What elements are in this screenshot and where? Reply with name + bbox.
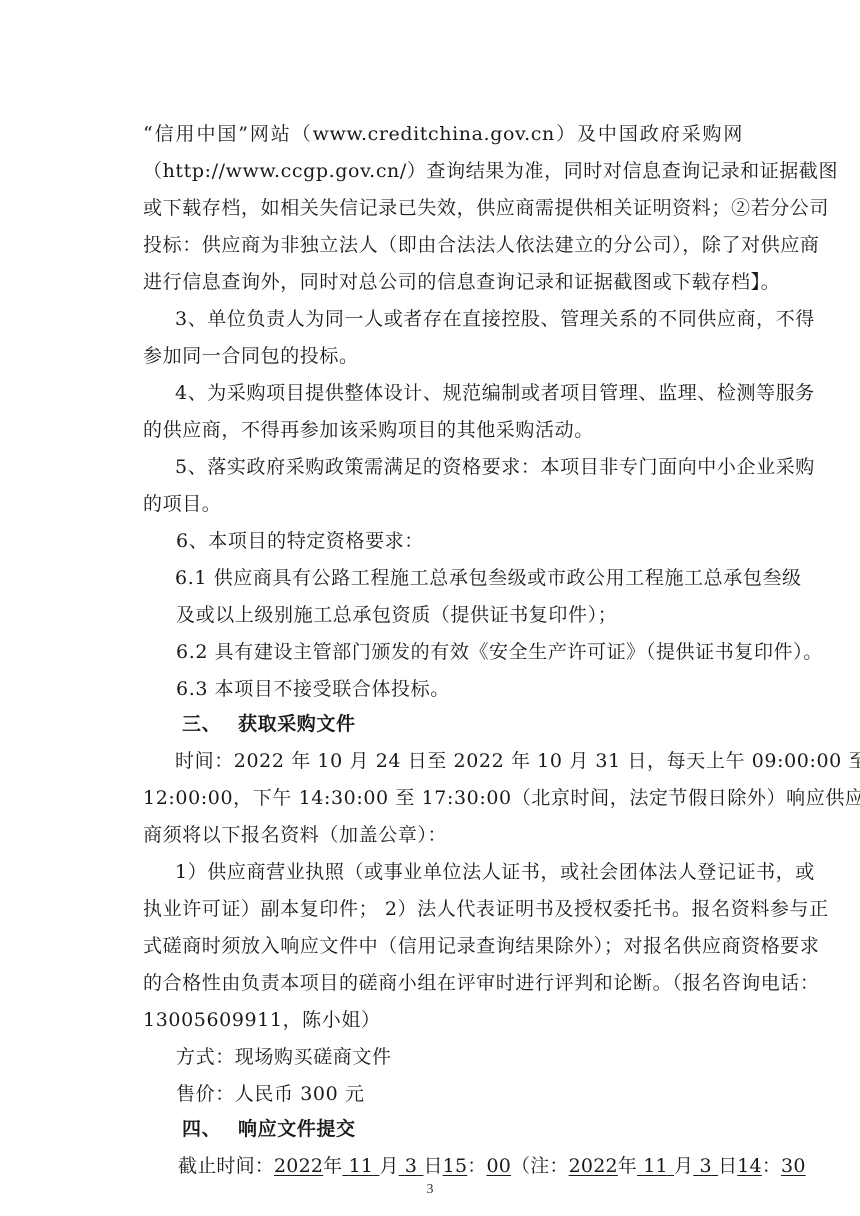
note-hour: 14 [737,1155,762,1177]
page-number: 3 [0,1182,860,1198]
deadline-minute: 00 [486,1155,511,1177]
contact-line: 13005609911，陈小姐） [143,1008,743,1032]
time-separator: ： [762,1155,781,1177]
section-number: 三、 [182,712,238,736]
note-year: 2022 [569,1155,618,1177]
purchase-method: 方式：现场购买磋商文件 [176,1045,776,1069]
note-minute: 30 [781,1155,806,1177]
paragraph-line: 进行信息查询外，同时对总公司的信息查询记录和证据截图或下载存档】。 [143,270,743,294]
paragraph-line: 投标：供应商为非独立法人（即由合法法人依法建立的分公司），除了对供应商 [143,233,743,257]
document-page: “信用中国”网站（www.creditchina.gov.cn）及中国政府采购网… [0,0,860,1216]
paragraph-line: 4、为采购项目提供整体设计、规范编制或者项目管理、监理、检测等服务 [175,381,743,405]
paragraph-line: 商须将以下报名资料（加盖公章）： [143,823,743,847]
paragraph-line: 参加同一合同包的投标。 [143,344,743,368]
unit-month: 月 [379,1155,398,1177]
section-heading-3: 三、获取采购文件 [182,712,782,736]
time-separator: ： [467,1155,486,1177]
paragraph-line: （http://www.ccgp.gov.cn/）查询结果为准，同时对信息查询记… [143,159,743,183]
section-title: 响应文件提交 [238,1118,356,1140]
paragraph-line: 6、本项目的特定资格要求： [176,529,776,553]
deadline-day: 3 [399,1155,424,1177]
paragraph-line: 及或以上级别施工总承包资质（提供证书复印件）； [176,603,776,627]
unit-year: 年 [323,1155,342,1177]
section-number: 四、 [182,1117,238,1141]
paragraph-line: 1）供应商营业执照（或事业单位法人证书，或社会团体法人登记证书，或 [175,860,743,884]
deadline-year: 2022 [274,1155,323,1177]
paragraph-line: 的合格性由负责本项目的磋商小组在评审时进行评判和论断。（报名咨询电话： [143,971,743,995]
paragraph-line: 的项目。 [143,492,743,516]
note-day: 3 [693,1155,718,1177]
section-title: 获取采购文件 [238,713,356,735]
note-month: 11 [637,1155,674,1177]
paragraph-line: 式磋商时须放入响应文件中（信用记录查询结果除外）；对报名供应商资格要求 [143,934,743,958]
paragraph-line: 或下载存档，如相关失信记录已失效，供应商需提供相关证明资料；②若分公司 [143,196,743,220]
paragraph-line: 的供应商，不得再参加该采购项目的其他采购活动。 [143,418,743,442]
paragraph-line: “信用中国”网站（www.creditchina.gov.cn）及中国政府采购网 [143,122,743,146]
unit-year: 年 [618,1155,637,1177]
paragraph-line: 5、落实政府采购政策需满足的资格要求：本项目非专门面向中小企业采购 [175,455,743,479]
note-open: （注： [511,1155,569,1177]
purchase-price: 售价：人民币 300 元 [176,1082,776,1106]
unit-month: 月 [674,1155,693,1177]
paragraph-line: 6.3 本项目不接受联合体投标。 [176,677,776,701]
paragraph-line: 执业许可证）副本复印件； 2）法人代表证明书及授权委托书。报名资料参与正 [143,897,743,921]
paragraph-line: 3、单位负责人为同一人或者存在直接控股、管理关系的不同供应商，不得 [175,307,743,331]
deadline-month: 11 [342,1155,379,1177]
paragraph-line: 12:00:00，下午 14:30:00 至 17:30:00（北京时间，法定节… [143,786,743,810]
paragraph-line: 时间：2022 年 10 月 24 日至 2022 年 10 月 31 日，每天… [175,749,743,773]
deadline-line: 截止时间：2022年 11 月 3 日15：00（注：2022年 11 月 3 … [178,1154,778,1178]
paragraph-line: 6.2 具有建设主管部门颁发的有效《安全生产许可证》（提供证书复印件）。 [176,640,776,664]
deadline-label: 截止时间： [178,1155,274,1177]
unit-day: 日 [718,1155,737,1177]
unit-day: 日 [423,1155,442,1177]
paragraph-line: 6.1 供应商具有公路工程施工总承包叁级或市政公用工程施工总承包叁级 [175,566,743,590]
deadline-hour: 15 [443,1155,468,1177]
section-heading-4: 四、响应文件提交 [182,1117,782,1141]
